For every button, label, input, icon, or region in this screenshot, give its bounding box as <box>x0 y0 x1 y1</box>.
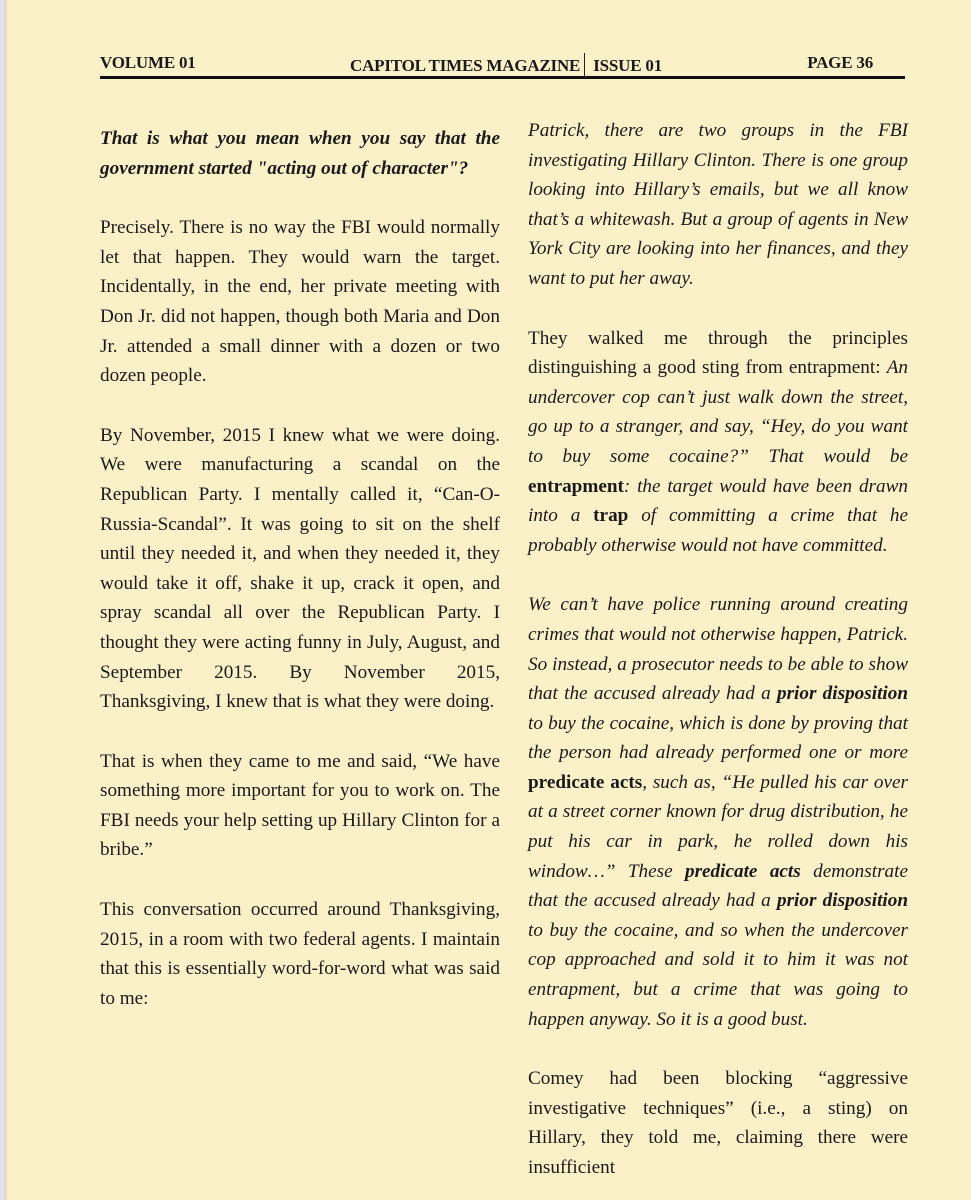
issue-label: ISSUE 01 <box>593 56 662 75</box>
header-divider <box>584 53 585 77</box>
emphasis-term: prior disposition <box>777 890 908 911</box>
right-column: Patrick, there are two groups in the FBI… <box>528 116 908 1183</box>
emphasis-term: predicate acts <box>528 772 642 793</box>
left-column: That is what you mean when you say that … <box>100 124 500 1013</box>
paragraph: That is when they came to me and said, “… <box>100 747 500 865</box>
quoted-text: to buy the cocaine, and so when the unde… <box>528 920 908 1030</box>
quoted-paragraph: Patrick, there are two groups in the FBI… <box>528 116 908 294</box>
emphasis-term: trap <box>593 505 628 526</box>
emphasis-term: entrapment <box>528 476 624 497</box>
paragraph: By November, 2015 I knew what we were do… <box>100 421 500 717</box>
volume-label: VOLUME 01 <box>100 53 196 73</box>
magazine-title: CAPITOL TIMES MAGAZINE <box>350 56 580 75</box>
interview-question: That is what you mean when you say that … <box>100 124 500 183</box>
paragraph: They walked me through the principles di… <box>528 324 908 561</box>
paragraph: This conversation occurred around Thanks… <box>100 895 500 1013</box>
paragraph: Comey had been blocking “aggressive inve… <box>528 1064 908 1182</box>
quoted-text: to buy the cocaine, which is done by pro… <box>528 713 908 764</box>
quoted-paragraph: We can’t have police running around crea… <box>528 590 908 1034</box>
page-number: PAGE 36 <box>807 53 873 73</box>
page-edge-shadow <box>4 0 7 1200</box>
paragraph: Precisely. There is no way the FBI would… <box>100 213 500 391</box>
emphasis-term: prior disposition <box>777 683 908 704</box>
emphasis-term: predicate acts <box>685 861 801 882</box>
magazine-issue-label: CAPITOL TIMES MAGAZINEISSUE 01 <box>350 53 662 77</box>
quoted-text: of committing a crime that he probably o… <box>528 505 908 556</box>
page-header: VOLUME 01 CAPITOL TIMES MAGAZINEISSUE 01… <box>100 50 905 79</box>
paragraph-intro: They walked me through the principles di… <box>528 328 908 379</box>
